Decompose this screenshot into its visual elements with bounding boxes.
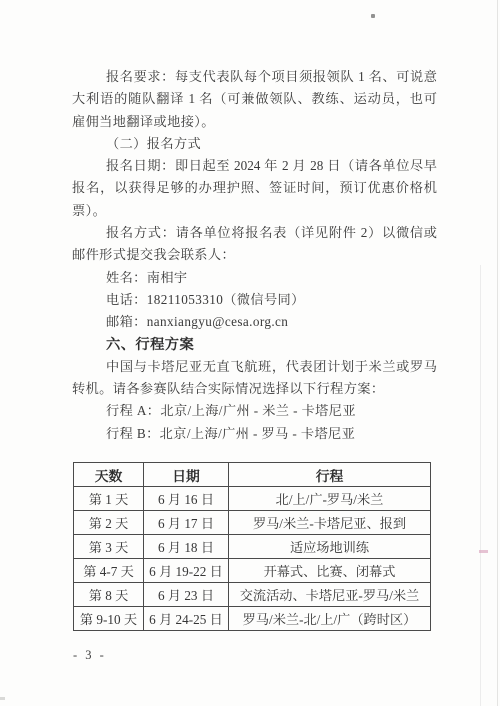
scan-edge-line — [497, 0, 498, 706]
document-page: 报名要求：每支代表队每个项目须报领队 1 名、可说意大利语的随队翻译 1 名（可… — [0, 0, 500, 706]
itinerary-table-body: 第 1 天6 月 16 日北/上/广-罗马/米兰第 2 天6 月 17 日罗马/… — [74, 487, 431, 631]
text-line: 行程 A：北京/上海/广州 - 米兰 - 卡塔尼亚 — [72, 400, 437, 422]
text-line: 邮件形式提交我会联系人： — [72, 244, 437, 266]
table-cell: 第 9-10 天 — [74, 607, 144, 631]
section-heading: 六、行程方案 — [72, 334, 437, 356]
text-line: 大利语的随队翻译 1 名（可兼做领队、教练、运动员，也可 — [72, 88, 437, 110]
text-line: 雇佣当地翻译或地接）。 — [72, 111, 437, 133]
text-line: 票）。 — [72, 200, 437, 222]
table-cell: 交流活动、卡塔尼亚-罗马/米兰 — [229, 583, 431, 607]
table-row: 第 4-7 天6 月 19-22 日开幕式、比赛、闭幕式 — [74, 559, 431, 583]
text-line: 姓名：南相宇 — [72, 267, 437, 289]
table-cell: 第 2 天 — [74, 511, 144, 535]
table-cell: 第 4-7 天 — [74, 559, 144, 583]
table-row: 第 1 天6 月 16 日北/上/广-罗马/米兰 — [74, 487, 431, 511]
text-line: （二）报名方式 — [72, 133, 437, 155]
table-cell: 6 月 23 日 — [144, 583, 229, 607]
table-header-row: 天数日期行程 — [74, 463, 431, 487]
text-line: 电话：18211053310（微信号同） — [72, 289, 437, 311]
scan-pink-mark-artifact — [479, 550, 488, 553]
document-body: 报名要求：每支代表队每个项目须报领队 1 名、可说意大利语的随队翻译 1 名（可… — [72, 66, 437, 445]
text-line: 中国与卡塔尼亚无直飞航班，代表团计划于米兰或罗马 — [72, 356, 437, 378]
table-cell: 6 月 24-25 日 — [144, 607, 229, 631]
itinerary-table: 天数日期行程 第 1 天6 月 16 日北/上/广-罗马/米兰第 2 天6 月 … — [73, 462, 431, 631]
text-line: 报名，以获得足够的办理护照、签证时间，预订优惠价格机 — [72, 177, 437, 199]
table-header-cell: 行程 — [229, 463, 431, 487]
text-line: 转机。请各参赛队结合实际情况选择以下行程方案： — [72, 378, 437, 400]
table-row: 第 3 天6 月 18 日适应场地训练 — [74, 535, 431, 559]
text-line: 报名方式：请各单位将报名表（详见附件 2）以微信或 — [72, 222, 437, 244]
table-row: 第 8 天6 月 23 日交流活动、卡塔尼亚-罗马/米兰 — [74, 583, 431, 607]
table-cell: 开幕式、比赛、闭幕式 — [229, 559, 431, 583]
table-cell: 第 3 天 — [74, 535, 144, 559]
table-header-cell: 日期 — [144, 463, 229, 487]
scan-corner-dot-artifact — [0, 697, 5, 700]
table-cell: 6 月 18 日 — [144, 535, 229, 559]
text-line: 邮箱：nanxiangyu@cesa.org.cn — [72, 311, 437, 333]
table-row: 第 2 天6 月 17 日罗马/米兰-卡塔尼亚、报到 — [74, 511, 431, 535]
table-header-cell: 天数 — [74, 463, 144, 487]
table-cell: 罗马/米兰-北/上/广（跨时区） — [229, 607, 431, 631]
text-line: 报名日期：即日起至 2024 年 2 月 28 日（请各单位尽早 — [72, 155, 437, 177]
text-line: 行程 B：北京/上海/广州 - 罗马 - 卡塔尼亚 — [72, 423, 437, 445]
scan-crease-line — [480, 265, 481, 706]
table-cell: 6 月 19-22 日 — [144, 559, 229, 583]
page-number: - 3 - — [73, 648, 106, 663]
table-cell: 6 月 16 日 — [144, 487, 229, 511]
table-row: 第 9-10 天6 月 24-25 日罗马/米兰-北/上/广（跨时区） — [74, 607, 431, 631]
table-cell: 第 8 天 — [74, 583, 144, 607]
table-cell: 北/上/广-罗马/米兰 — [229, 487, 431, 511]
table-cell: 6 月 17 日 — [144, 511, 229, 535]
table-cell: 罗马/米兰-卡塔尼亚、报到 — [229, 511, 431, 535]
scan-speck-artifact — [371, 14, 375, 18]
table-cell: 适应场地训练 — [229, 535, 431, 559]
table-cell: 第 1 天 — [74, 487, 144, 511]
text-line: 报名要求：每支代表队每个项目须报领队 1 名、可说意 — [72, 66, 437, 88]
